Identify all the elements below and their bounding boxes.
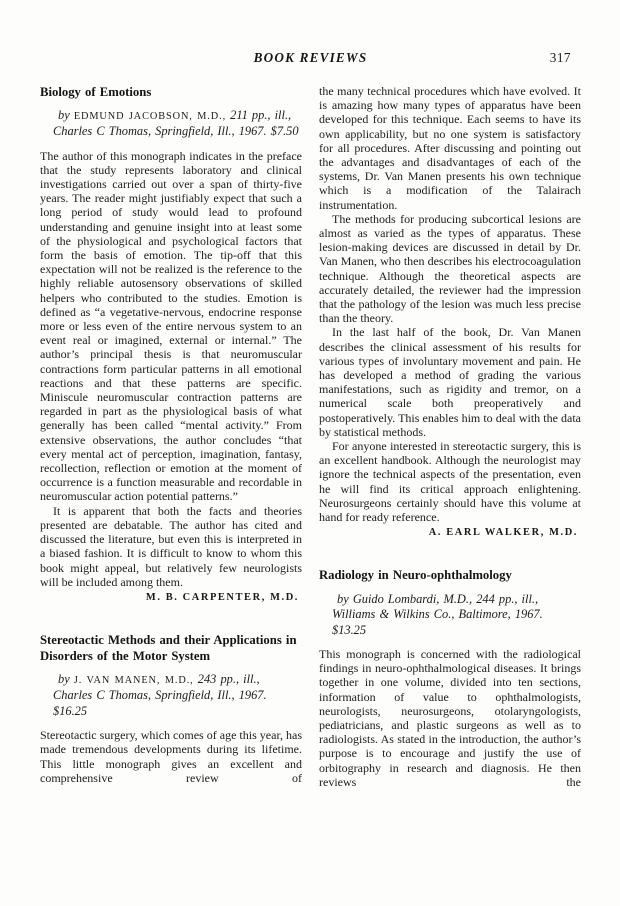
review-signature: M. B. CARPENTER, M.D. [40, 592, 299, 603]
running-title: BOOK REVIEWS [40, 50, 581, 66]
review-biology-of-emotions: Biology of Emotions by EDMUND JACOBSON, … [40, 84, 302, 603]
right-column: the many technical procedures which have… [319, 84, 581, 789]
review-paragraph: For anyone interested in stereotactic su… [319, 439, 581, 524]
citation-author: J. VAN MANEN, M.D., [74, 675, 194, 686]
review-stereotactic-methods: Stereotactic Methods and their Applicati… [40, 632, 302, 785]
page-header: BOOK REVIEWS 317 [40, 50, 581, 67]
review-citation: by J. VAN MANEN, M.D., 243 pp., ill., Ch… [53, 672, 300, 719]
citation-by: by [337, 592, 349, 606]
review-paragraph: It is apparent that both the facts and t… [40, 504, 302, 589]
two-column-layout: Biology of Emotions by EDMUND JACOBSON, … [40, 84, 581, 789]
left-column: Biology of Emotions by EDMUND JACOBSON, … [40, 84, 302, 789]
review-citation: by EDMUND JACOBSON, M.D., 211 pp., ill.,… [53, 108, 300, 139]
page-number: 317 [550, 50, 571, 66]
review-paragraph: the many technical procedures which have… [319, 84, 581, 212]
review-paragraph: The methods for producing subcortical le… [319, 212, 581, 326]
citation-author: Guido Lombardi, M.D., [353, 592, 472, 606]
citation-by: by [58, 672, 70, 686]
review-paragraph: This monograph is concerned with the rad… [319, 647, 581, 789]
citation-by: by [58, 108, 70, 122]
review-paragraph: In the last half of the book, Dr. Van Ma… [319, 325, 581, 439]
citation-author: EDMUND JACOBSON, M.D., [74, 111, 226, 122]
review-title: Stereotactic Methods and their Applicati… [40, 632, 302, 665]
review-stereotactic-methods-continued: the many technical procedures which have… [319, 84, 581, 538]
journal-page: BOOK REVIEWS 317 Biology of Emotions by … [0, 0, 620, 906]
review-paragraph: Stereotactic surgery, which comes of age… [40, 728, 302, 785]
review-radiology-neuro-ophthalmology: Radiology in Neuro-ophthalmology by Guid… [319, 567, 581, 789]
review-paragraph: The author of this monograph indicates i… [40, 149, 302, 504]
review-title: Biology of Emotions [40, 84, 302, 100]
review-citation: by Guido Lombardi, M.D., 244 pp., ill., … [332, 592, 579, 639]
review-title: Radiology in Neuro-ophthalmology [319, 567, 581, 583]
review-signature: A. EARL WALKER, M.D. [319, 527, 578, 538]
